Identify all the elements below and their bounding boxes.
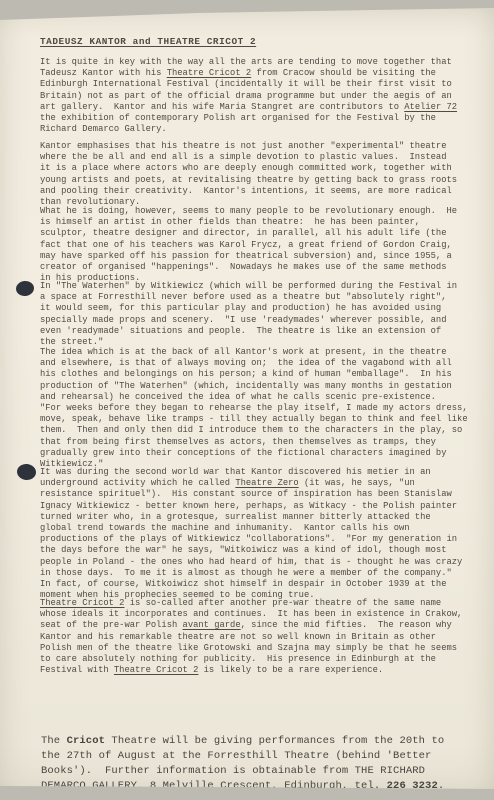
text-line: whose ideals it incorporates and continu…	[40, 609, 482, 620]
text-run: What he is doing, however, seems to many…	[40, 206, 457, 216]
text-line: In fact, of course, Witkoiwicz shot hims…	[40, 579, 482, 590]
text-line: productions of the plays of Witkiewicz "…	[40, 534, 482, 545]
paragraph-intro: It is quite in key with the way all the …	[40, 57, 482, 135]
text-line: young artists and poets, at revitalising…	[40, 175, 482, 186]
text-run: young artists and poets, at revitalising…	[40, 175, 457, 185]
text-run: In "The Waterhen" by Witkiewicz (which w…	[40, 281, 457, 291]
scanned-page: TADEUSZ KANTOR and THEATRE CRICOT 2 It i…	[0, 0, 494, 800]
text-run: may have sparked off his passion for the…	[40, 251, 452, 261]
text-run: art gallery. Kantor and his wife Maria S…	[40, 102, 404, 112]
text-line: and elsewhere, is that of always moving …	[40, 358, 482, 369]
text-run: In fact, of course, Witkoiwicz shot hims…	[40, 579, 446, 589]
text-line: Tadeusz Kantor with his Theatre Cricot 2…	[40, 68, 482, 79]
text-line: underground activity which he called The…	[40, 478, 482, 489]
text-run: his clothes and belongings on his person…	[40, 369, 452, 379]
text-line: "For weeks before they began to rehearse…	[40, 403, 482, 414]
text-run: specially made props and scenery. "I use…	[40, 315, 446, 325]
text-line: to care absolutely nothing for publicity…	[40, 654, 482, 665]
text-run: Theatre will be giving performances from…	[105, 735, 444, 747]
text-run: underground activity which he called	[40, 478, 235, 488]
text-run: and rehearsal) he conceived the idea of …	[40, 392, 436, 402]
bold-phrase: Cricot	[67, 735, 105, 747]
text-run: people in Poland - the ones who had hear…	[40, 557, 462, 567]
text-line: Kantor and his remarkable theatre are no…	[40, 632, 482, 643]
paragraph-cricot-history: Theatre Cricot 2 is so-called after anot…	[40, 598, 482, 676]
punch-hole-top	[15, 280, 35, 297]
paragraph-artist-fields: What he is doing, however, seems to many…	[40, 206, 482, 284]
underlined-phrase: Theatre Cricot 2	[40, 598, 124, 608]
text-line: DEMARCO GALLERY, 8 Melville Crescent, Ed…	[41, 779, 482, 794]
text-line: is himself an artist in other fields tha…	[40, 217, 482, 228]
text-run: even 'readymade' situations and people. …	[40, 326, 441, 336]
paragraph-theatre-zero: It was during the second world war that …	[40, 467, 482, 601]
text-run: it is a place where actors who are deepl…	[40, 163, 452, 173]
text-run: Tadeusz Kantor with his	[40, 68, 167, 78]
text-line: It is quite in key with the way all the …	[40, 57, 482, 68]
text-run: sculptor, theatre designer and director,…	[40, 228, 446, 238]
text-line: that from being first themselves as acto…	[40, 437, 482, 448]
text-line: Polish men of the theatre like Grotowski…	[40, 643, 482, 654]
text-run: the exhibition of contemporary Polish ar…	[40, 113, 436, 123]
text-run: Edinburgh International Festival (incide…	[40, 79, 452, 89]
performance-notice: The Cricot Theatre will be giving perfor…	[41, 734, 482, 794]
text-run: the 27th of August at the Forresthill Th…	[41, 750, 431, 762]
text-line: art gallery. Kantor and his wife Maria S…	[40, 102, 482, 113]
text-run: is himself an artist in other fields tha…	[40, 217, 420, 227]
text-run: that from being first themselves as acto…	[40, 437, 436, 447]
text-run: Polish men of the theatre like Grotowski…	[40, 643, 457, 653]
text-run: Richard Demarco Gallery.	[40, 124, 167, 134]
underlined-phrase: Theatre Zero	[235, 478, 298, 488]
text-line: and rehearsal) he conceived the idea of …	[40, 392, 482, 403]
text-run: the days before the war" he says, "Witko…	[40, 545, 446, 555]
text-line: specially made props and scenery. "I use…	[40, 315, 482, 326]
paragraph-waterhen: In "The Waterhen" by Witkiewicz (which w…	[40, 281, 482, 348]
text-line: where the be all and end all is a simple…	[40, 152, 482, 163]
text-run: move, speak, behave like tramps - till t…	[40, 414, 468, 424]
text-line: seat of the pre-war Polish avant garde, …	[40, 620, 482, 631]
text-run: Books'). Further information is obtainab…	[41, 765, 425, 777]
text-line: Kantor emphasises that his theatre is no…	[40, 141, 482, 152]
text-run: DEMARCO GALLERY, 8 Melville Crescent, Ed…	[41, 780, 387, 792]
text-run: is likely to be a rare experience.	[198, 665, 383, 675]
text-line: resistance spirituel"). His constant sou…	[40, 489, 482, 500]
text-run: , since the mid fifties. The reason why	[241, 620, 452, 630]
text-run: creator of organised "happenings". Nowad…	[40, 262, 446, 272]
text-line: Ignacy Witkiewicz - better known here, p…	[40, 501, 482, 512]
text-run: and elsewhere, is that of always moving …	[40, 358, 452, 368]
text-line: the exhibition of contemporary Polish ar…	[40, 113, 482, 124]
text-run: Festival with	[40, 665, 114, 675]
text-line: global trend towards the machine and inh…	[40, 523, 482, 534]
text-line: What he is doing, however, seems to many…	[40, 206, 482, 217]
text-run: Britain) not as part of the official dra…	[40, 91, 452, 101]
underlined-phrase: Theatre Cricot 2	[114, 665, 198, 675]
text-run: Kantor and his remarkable theatre are no…	[40, 632, 436, 642]
punch-hole-bottom	[16, 463, 36, 481]
bold-phrase: 226 3232	[387, 780, 438, 792]
text-line: Festival with Theatre Cricot 2 is likely…	[40, 665, 482, 676]
text-run: (it was, he says, "un	[299, 478, 415, 488]
text-line: it is a place where actors who are deepl…	[40, 163, 482, 174]
text-run: where the be all and end all is a simple…	[40, 152, 446, 162]
text-run: fact that one of his teachers was Karol …	[40, 240, 452, 250]
text-line: them. Then and only then did I introduce…	[40, 425, 482, 436]
text-run: Kantor emphasises that his theatre is no…	[40, 141, 446, 151]
text-run: resistance spirituel"). His constant sou…	[40, 489, 452, 499]
text-line: Britain) not as part of the official dra…	[40, 91, 482, 102]
text-line: gradually grew into their conceptions of…	[40, 448, 482, 459]
text-line: the days before the war" he says, "Witko…	[40, 545, 482, 556]
text-line: the 27th of August at the Forresthill Th…	[41, 749, 482, 764]
text-line: sculptor, theatre designer and director,…	[40, 228, 482, 239]
text-line: Theatre Cricot 2 is so-called after anot…	[40, 598, 482, 609]
text-run: the street."	[40, 337, 103, 347]
text-run: from Cracow should be visiting the	[251, 68, 436, 78]
text-run: is so-called after another pre-war theat…	[124, 598, 441, 608]
paper: TADEUSZ KANTOR and THEATRE CRICOT 2 It i…	[0, 0, 494, 800]
text-run: The	[41, 735, 67, 747]
text-run: and pooling their creativity. Kantor's i…	[40, 186, 452, 196]
text-line: a space at Forresthill never before used…	[40, 292, 482, 303]
text-run: It is quite in key with the way all the …	[40, 57, 452, 67]
text-run: productions of the plays of Witkiewicz "…	[40, 534, 457, 544]
text-line: The idea which is at the back of all Kan…	[40, 347, 482, 358]
document-title: TADEUSZ KANTOR and THEATRE CRICOT 2	[40, 36, 256, 47]
text-run: Ignacy Witkiewicz - better known here, p…	[40, 501, 457, 511]
text-run: production of "The Waterhen" (which, inc…	[40, 381, 452, 391]
text-line: fact that one of his teachers was Karol …	[40, 240, 482, 251]
text-run: It was during the second world war that …	[40, 467, 431, 477]
text-line: in those days. To me it is almost as tho…	[40, 568, 482, 579]
text-run: whose ideals it incorporates and continu…	[40, 609, 462, 619]
text-line: In "The Waterhen" by Witkiewicz (which w…	[40, 281, 482, 292]
underlined-phrase: avant garde	[183, 620, 241, 630]
paragraph-experimental-theatre: Kantor emphasises that his theatre is no…	[40, 141, 482, 208]
text-line: production of "The Waterhen" (which, inc…	[40, 381, 482, 392]
text-line: The Cricot Theatre will be giving perfor…	[41, 734, 482, 749]
text-line: it would seem, for this particular play …	[40, 303, 482, 314]
text-line: move, speak, behave like tramps - till t…	[40, 414, 482, 425]
text-line: may have sparked off his passion for the…	[40, 251, 482, 262]
text-run: them. Then and only then did I introduce…	[40, 425, 462, 435]
text-line: Richard Demarco Gallery.	[40, 124, 482, 135]
text-line: his clothes and belongings on his person…	[40, 369, 482, 380]
underlined-phrase: Theatre Cricot 2	[167, 68, 251, 78]
underlined-phrase: Atelier 72	[404, 102, 457, 112]
text-run: .	[438, 780, 444, 792]
text-run: seat of the pre-war Polish	[40, 620, 183, 630]
text-run: in those days. To me it is almost as tho…	[40, 568, 452, 578]
text-run: a space at Forresthill never before used…	[40, 292, 446, 302]
text-run: The idea which is at the back of all Kan…	[40, 347, 446, 357]
text-run: it would seem, for this particular play …	[40, 303, 441, 313]
text-line: and pooling their creativity. Kantor's i…	[40, 186, 482, 197]
text-line: Edinburgh International Festival (incide…	[40, 79, 482, 90]
text-line: even 'readymade' situations and people. …	[40, 326, 482, 337]
text-line: people in Poland - the ones who had hear…	[40, 557, 482, 568]
text-line: Books'). Further information is obtainab…	[41, 764, 482, 779]
text-run: to care absolutely nothing for publicity…	[40, 654, 436, 664]
text-line: creator of organised "happenings". Nowad…	[40, 262, 482, 273]
text-run: global trend towards the machine and inh…	[40, 523, 410, 533]
text-run: gradually grew into their conceptions of…	[40, 448, 446, 458]
text-run: turned writer who, in a grotesque, surre…	[40, 512, 431, 522]
text-line: It was during the second world war that …	[40, 467, 482, 478]
text-run: "For weeks before they began to rehearse…	[40, 403, 468, 413]
paragraph-vagabond-idea: The idea which is at the back of all Kan…	[40, 347, 482, 470]
text-line: turned writer who, in a grotesque, surre…	[40, 512, 482, 523]
